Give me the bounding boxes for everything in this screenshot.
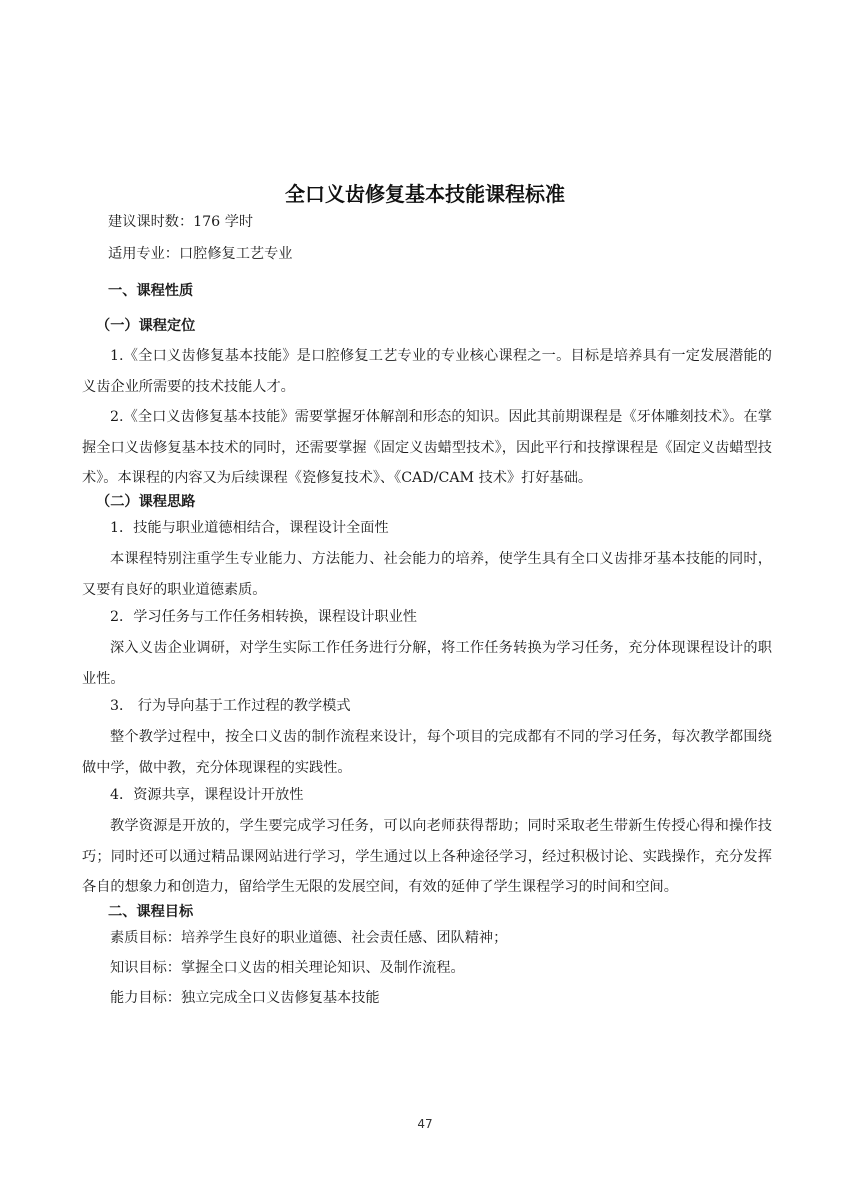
approach-item-2-label: 2．学习任务与工作任务相转换，课程设计职业性: [110, 607, 417, 627]
goal-knowledge: 知识目标：掌握全口义齿的相关理论知识、及制作流程。: [110, 958, 465, 978]
subsection-heading-positioning: （一）课程定位: [96, 316, 195, 336]
approach-item-3-label: 3． 行为导向基于工作过程的教学模式: [110, 696, 351, 716]
goal-ability: 能力目标：独立完成全口义齿修复基本技能: [110, 988, 380, 1008]
subsection-heading-approach: （二）课程思路: [96, 492, 195, 512]
document-title: 全口义齿修复基本技能课程标准: [0, 178, 850, 207]
approach-item-4-label: 4．资源共享，课程设计开放性: [110, 785, 303, 805]
paragraph-positioning-2: 2.《全口义齿修复基本技能》需要掌握牙体解剖和形态的知识。因此其前期课程是《牙体…: [82, 402, 772, 494]
approach-item-4-text: 教学资源是开放的，学生要完成学习任务，可以向老师获得帮助；同时采取老生带新生传授…: [82, 811, 772, 903]
document-page: 全口义齿修复基本技能课程标准 建议课时数：176 学时 适用专业：口腔修复工艺专…: [0, 0, 850, 1202]
course-hours: 建议课时数：176 学时: [108, 212, 253, 232]
section-heading-nature: 一、课程性质: [108, 281, 193, 301]
page-number: 47: [0, 1117, 850, 1131]
approach-item-2-text: 深入义齿企业调研，对学生实际工作任务进行分解，将工作任务转换为学习任务，充分体现…: [82, 633, 772, 694]
paragraph-positioning-1: 1.《全口义齿修复基本技能》是口腔修复工艺专业的专业核心课程之一。目标是培养具有…: [82, 341, 772, 402]
goal-quality: 素质目标：培养学生良好的职业道德、社会责任感、团队精神；: [110, 928, 507, 948]
approach-item-1-text: 本课程特别注重学生专业能力、方法能力、社会能力的培养，使学生具有全口义齿排牙基本…: [82, 544, 772, 605]
approach-item-1-label: 1．技能与职业道德相结合，课程设计全面性: [110, 518, 389, 538]
approach-item-3-text: 整个教学过程中，按全口义齿的制作流程来设计，每个项目的完成都有不同的学习任务，每…: [82, 722, 772, 783]
section-heading-goals: 二、课程目标: [108, 902, 193, 922]
applicable-major: 适用专业：口腔修复工艺专业: [108, 244, 292, 264]
